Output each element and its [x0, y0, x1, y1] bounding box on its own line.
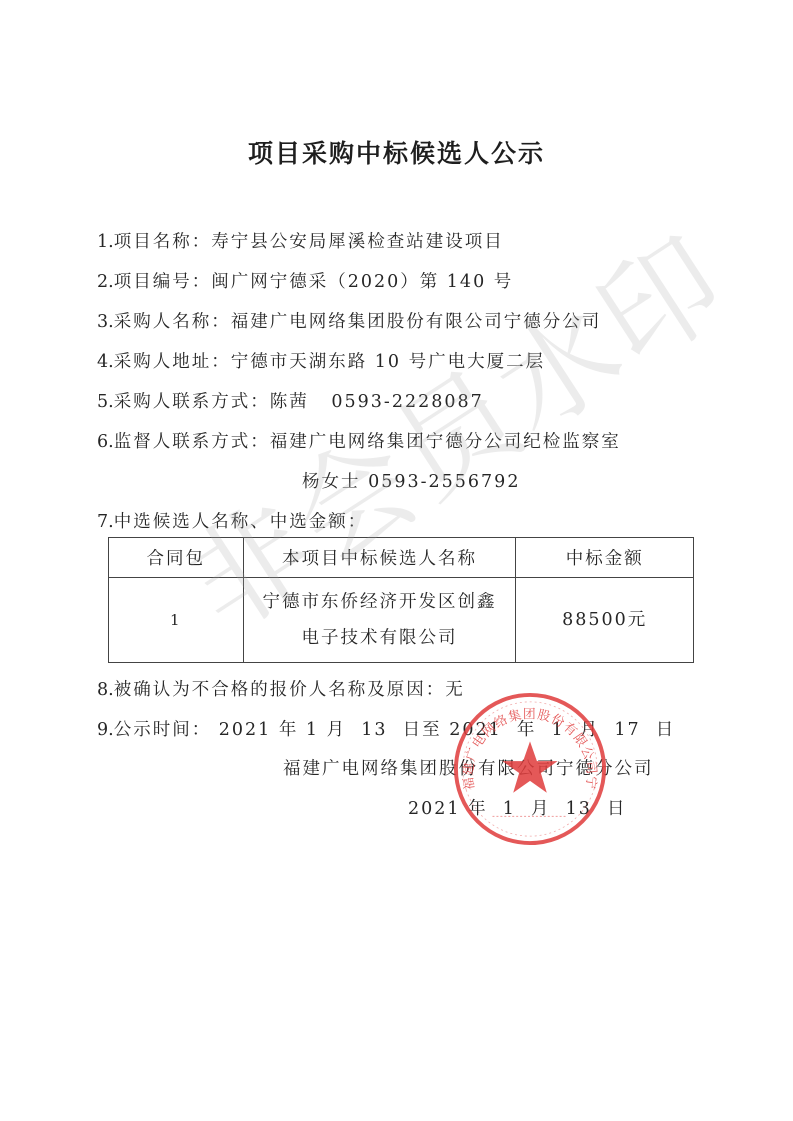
item-label: 采购人地址：: [114, 352, 231, 372]
item-publicity-period: 9.公示时间： 2021 年 1 月 13 日至 2021 年 1 月 17 日: [97, 716, 675, 741]
item-purchaser-name: 3.采购人名称：福建广电网络集团股份有限公司宁德分公司: [97, 308, 601, 333]
item-label: 项目编号：: [114, 272, 212, 292]
item-number: 6.: [97, 432, 114, 452]
item-value: 无: [445, 680, 465, 700]
cell-candidate-name: 宁德市东侨经济开发区创鑫 电子技术有限公司: [243, 578, 516, 663]
item-number: 5.: [97, 392, 114, 412]
page-title: 项目采购中标候选人公示: [0, 134, 793, 170]
cell-package: 1: [109, 578, 244, 663]
item-number: 3.: [97, 312, 114, 332]
item-project-name: 1.项目名称：寿宁县公安局犀溪检查站建设项目: [97, 228, 504, 253]
table-row: 1 宁德市东侨经济开发区创鑫 电子技术有限公司 88500元: [109, 578, 694, 663]
candidate-name-line1: 宁德市东侨经济开发区创鑫: [244, 584, 516, 620]
item-supervisor-contact-line2: 杨女士 0593-2556792: [302, 468, 520, 493]
item-value: 闽广网宁德采（2020）第 140 号: [211, 272, 513, 292]
candidate-table: 合同包 本项目中标候选人名称 中标金额 1 宁德市东侨经济开发区创鑫 电子技术有…: [108, 537, 694, 663]
item-value: 寿宁县公安局犀溪检查站建设项目: [211, 232, 504, 252]
item-number: 9.: [97, 720, 114, 740]
item-value: 2021 年 1 月 13 日至 2021 年 1 月 17 日: [211, 720, 675, 740]
item-value: 福建广电网络集团股份有限公司宁德分公司: [231, 312, 602, 332]
item-number: 2.: [97, 272, 114, 292]
item-label: 公示时间：: [114, 720, 212, 740]
item-label: 监督人联系方式：: [114, 432, 270, 452]
item-purchaser-address: 4.采购人地址：宁德市天湖东路 10 号广电大厦二层: [97, 348, 545, 373]
header-candidate-name: 本项目中标候选人名称: [243, 538, 516, 578]
item-number: 4.: [97, 352, 114, 372]
item-number: 8.: [97, 680, 114, 700]
signature-date: 2021 年 1 月 13 日: [408, 795, 627, 820]
item-label: 项目名称：: [114, 232, 212, 252]
candidate-name-line2: 电子技术有限公司: [244, 620, 516, 656]
header-amount: 中标金额: [516, 538, 694, 578]
item-candidate-heading: 7.中选候选人名称、中选金额：: [97, 508, 367, 533]
item-value: 陈茜 0593-2228087: [270, 392, 484, 412]
item-disqualified: 8.被确认为不合格的报价人名称及原因：无: [97, 676, 465, 701]
item-purchaser-contact: 5.采购人联系方式：陈茜 0593-2228087: [97, 388, 484, 413]
item-label: 采购人名称：: [114, 312, 231, 332]
item-supervisor-contact: 6.监督人联系方式：福建广电网络集团宁德分公司纪检监察室: [97, 428, 621, 453]
signature-org: 福建广电网络集团股份有限公司宁德分公司: [283, 755, 654, 780]
header-package: 合同包: [109, 538, 244, 578]
item-value: 福建广电网络集团宁德分公司纪检监察室: [270, 432, 621, 452]
table-header-row: 合同包 本项目中标候选人名称 中标金额: [109, 538, 694, 578]
item-number: 7.: [97, 512, 114, 532]
item-label: 采购人联系方式：: [114, 392, 270, 412]
item-label: 被确认为不合格的报价人名称及原因：: [114, 680, 446, 700]
cell-amount: 88500元: [516, 578, 694, 663]
item-project-number: 2.项目编号：闽广网宁德采（2020）第 140 号: [97, 268, 513, 293]
item-label: 中选候选人名称、中选金额：: [114, 512, 368, 532]
item-number: 1.: [97, 232, 114, 252]
item-value: 宁德市天湖东路 10 号广电大厦二层: [231, 352, 545, 372]
